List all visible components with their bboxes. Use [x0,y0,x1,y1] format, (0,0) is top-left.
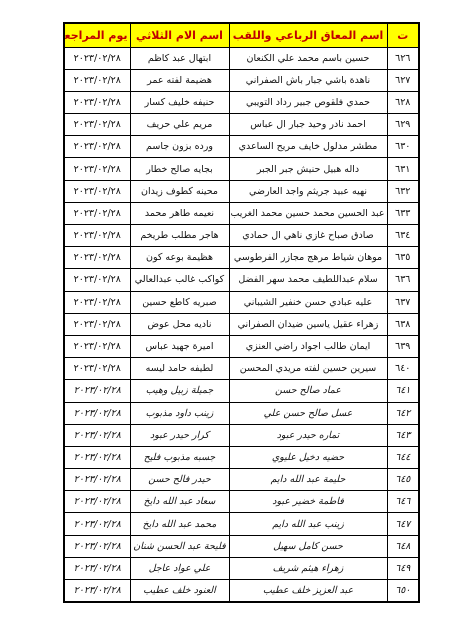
review-date: ٢٠٢٣/٠٢/٢٨ [74,230,121,241]
cell-mother-name: ابتهال عبد كاظم [130,47,229,69]
review-date: ٢٠٢٣/٠٢/٢٨ [74,274,121,285]
table-row: ٦٣٣ عبد الحسين محمد حسين محمد الغريب نعي… [64,202,419,224]
cell-serial: ٦٢٨ [387,91,419,113]
cell-review-day: ٢٠٢٣/٠٢/٢٨ [64,91,130,113]
cell-serial: ٦٣٨ [387,313,419,335]
header-serial: ت [387,23,419,47]
cell-full-name: عسل صالح حسن علي [229,402,387,424]
cell-full-name: تماره حيدر عبود [229,424,387,446]
table-row: ٦٣٨ زهراء عقيل ياسين ضيدان الصفراني نادي… [64,313,419,335]
table-row: ٦٤٤ حضيه دخيل عليوي جسبه مذبوب فليح ٢٠٢٣… [64,446,419,468]
review-date: ٢٠٢٣/٠٢/٢٨ [74,363,121,374]
document-page: ت اسم المعاق الرباعي واللقب اسم الام الث… [0,0,452,640]
cell-review-day: ٢٠٢٣/٠٢/٢٨ [64,69,130,91]
cell-review-day: ٢٠٢٣/٠٢/٢٨ [64,469,130,491]
review-date: ٢٠٢٣/٠٢/٢٨ [74,75,121,86]
cell-full-name: زهراء عقيل ياسين ضيدان الصفراني [229,313,387,335]
header-full-name: اسم المعاق الرباعي واللقب [229,23,387,47]
cell-full-name: نهيه عبيد جريثم واجد العارضي [229,180,387,202]
table-header: ت اسم المعاق الرباعي واللقب اسم الام الث… [64,23,419,47]
review-list-table: ت اسم المعاق الرباعي واللقب اسم الام الث… [63,22,420,603]
cell-review-day: ٢٠٢٣/٠٢/٢٨ [64,291,130,313]
cell-mother-name: نعيمه طاهر محمد [130,202,229,224]
table-row: ٦٤١ عماد صالح حسن جميلة زبيل وهيب ٢٠٢٣/٠… [64,380,419,402]
cell-serial: ٦٤٥ [387,469,419,491]
cell-mother-name: فليحة عبد الحسن شنان [130,535,229,557]
cell-mother-name: جميلة زبيل وهيب [130,380,229,402]
cell-review-day: ٢٠٢٣/٠٢/٢٨ [64,402,130,424]
cell-serial: ٦٤٨ [387,535,419,557]
cell-full-name: موهان شياط مرهج مجازر الفرطوسي [229,247,387,269]
cell-mother-name: حيدر فالح حسن [130,469,229,491]
table-row: ٦٢٧ ناهدة باشي جبار باش الصفراني هضيمة ل… [64,69,419,91]
cell-serial: ٦٤٤ [387,446,419,468]
cell-review-day: ٢٠٢٣/٠٢/٢٨ [64,47,130,69]
cell-review-day: ٢٠٢٣/٠٢/٢٨ [64,557,130,579]
cell-mother-name: هاجر مطلب طريخم [130,225,229,247]
cell-serial: ٦٢٩ [387,114,419,136]
cell-serial: ٦٤٩ [387,557,419,579]
cell-full-name: سلام عبداللطيف محمد سهر الفضل [229,269,387,291]
cell-serial: ٦٣٧ [387,291,419,313]
cell-serial: ٦٥٠ [387,580,419,602]
header-row: ت اسم المعاق الرباعي واللقب اسم الام الث… [64,23,419,47]
review-date: ٢٠٢٣/٠٢/٢٨ [74,341,121,352]
cell-full-name: عبد العزيز خلف عطيب [229,580,387,602]
review-date: ٢٠٢٣/٠٢/٢٨ [74,53,121,64]
table-row: ٦٣٥ موهان شياط مرهج مجازر الفرطوسي هظيمة… [64,247,419,269]
review-date: ٢٠٢٣/٠٢/٢٨ [74,496,121,507]
cell-serial: ٦٢٦ [387,47,419,69]
cell-review-day: ٢٠٢٣/٠٢/٢٨ [64,180,130,202]
cell-mother-name: محينه كطوف زيدان [130,180,229,202]
cell-full-name: حمدي فلقوص جبير رداد التويبي [229,91,387,113]
cell-full-name: احمد نادر وحيد جبار ال عباس [229,114,387,136]
cell-mother-name: علي عواد عاجل [130,557,229,579]
cell-review-day: ٢٠٢٣/٠٢/٢٨ [64,424,130,446]
table-body: ٦٢٦ حسين باسم محمد علي الكنعان ابتهال عب… [64,47,419,602]
cell-full-name: زينب عبد الله دايم [229,513,387,535]
cell-review-day: ٢٠٢٣/٠٢/٢٨ [64,225,130,247]
cell-mother-name: حنيفه خليف كسار [130,91,229,113]
cell-mother-name: جسبه مذبوب فليح [130,446,229,468]
cell-review-day: ٢٠٢٣/٠٢/٢٨ [64,313,130,335]
cell-mother-name: هضيمة لفته عمر [130,69,229,91]
cell-review-day: ٢٠٢٣/٠٢/٢٨ [64,247,130,269]
cell-review-day: ٢٠٢٣/٠٢/٢٨ [64,269,130,291]
cell-serial: ٦٤١ [387,380,419,402]
cell-review-day: ٢٠٢٣/٠٢/٢٨ [64,358,130,380]
header-mother-name: اسم الام الثلاثي [130,23,229,47]
table-row: ٦٤٥ حليمة عبد الله دايم حيدر فالح حسن ٢٠… [64,469,419,491]
review-date: ٢٠٢٣/٠٢/٢٨ [74,119,121,130]
cell-review-day: ٢٠٢٣/٠٢/٢٨ [64,158,130,180]
cell-full-name: حضيه دخيل عليوي [229,446,387,468]
table-row: ٦٤٧ زينب عبد الله دايم محمد عبد الله داي… [64,513,419,535]
cell-full-name: حسن كامل سهيل [229,535,387,557]
cell-full-name: حليمة عبد الله دايم [229,469,387,491]
review-date: ٢٠٢٣/٠٢/٢٨ [74,430,121,441]
table-row: ٦٢٦ حسين باسم محمد علي الكنعان ابتهال عب… [64,47,419,69]
review-date: ٢٠٢٣/٠٢/٢٨ [74,297,121,308]
cell-review-day: ٢٠٢٣/٠٢/٢٨ [64,202,130,224]
cell-full-name: داله هبيل حنيش جبر الجبر [229,158,387,180]
cell-mother-name: مريم علي حريف [130,114,229,136]
cell-serial: ٦٣٣ [387,202,419,224]
cell-review-day: ٢٠٢٣/٠٢/٢٨ [64,513,130,535]
table-row: ٦٣٧ عليه عبادي حسن خنفير الشيباني صبريه … [64,291,419,313]
cell-mother-name: ورده بزون جاسم [130,136,229,158]
cell-full-name: حسين باسم محمد علي الكنعان [229,47,387,69]
cell-serial: ٦٣٤ [387,225,419,247]
header-review-day: يوم المراجعة [64,23,130,47]
table-row: ٦٢٩ احمد نادر وحيد جبار ال عباس مريم علي… [64,114,419,136]
cell-serial: ٦٣٥ [387,247,419,269]
table-row: ٦٣٩ ايمان طالب اجواد راضي العنزي اميرة ج… [64,335,419,357]
table-row: ٦٤٠ سيرين حسين لفته مريدي المحسن لطيفه ح… [64,358,419,380]
review-date: ٢٠٢٣/٠٢/٢٨ [74,385,121,396]
table-row: ٦٣٦ سلام عبداللطيف محمد سهر الفضل كواكب … [64,269,419,291]
table-row: ٦٤٢ عسل صالح حسن علي زينب داود مذبوب ٢٠٢… [64,402,419,424]
cell-mother-name: صبريه كاطع حسين [130,291,229,313]
cell-full-name: عبد الحسين محمد حسين محمد الغريب [229,202,387,224]
cell-mother-name: اميرة جهيد عباس [130,335,229,357]
cell-review-day: ٢٠٢٣/٠٢/٢٨ [64,114,130,136]
table-row: ٦٣٢ نهيه عبيد جريثم واجد العارضي محينه ك… [64,180,419,202]
cell-serial: ٦٣٠ [387,136,419,158]
review-date: ٢٠٢٣/٠٢/٢٨ [74,141,121,152]
cell-full-name: صادق صباح غازي ناهي ال حمادي [229,225,387,247]
cell-mother-name: كواكب غالب عبدالعالي [130,269,229,291]
review-date: ٢٠٢٣/٠٢/٢٨ [74,585,121,596]
review-date: ٢٠٢٣/٠٢/٢٨ [74,408,121,419]
cell-full-name: ناهدة باشي جبار باش الصفراني [229,69,387,91]
review-date: ٢٠٢٣/٠٢/٢٨ [74,186,121,197]
cell-serial: ٦٣٩ [387,335,419,357]
cell-review-day: ٢٠٢٣/٠٢/٢٨ [64,491,130,513]
table-row: ٦٤٦ فاطمة خضير عبود سعاد عبد الله دايخ ٢… [64,491,419,513]
cell-serial: ٦٤٦ [387,491,419,513]
review-date: ٢٠٢٣/٠٢/٢٨ [74,164,121,175]
cell-serial: ٦٢٧ [387,69,419,91]
cell-review-day: ٢٠٢٣/٠٢/٢٨ [64,580,130,602]
table-row: ٦٤٨ حسن كامل سهيل فليحة عبد الحسن شنان ٢… [64,535,419,557]
table-row: ٦٣١ داله هبيل حنيش جبر الجبر بجايه صالح … [64,158,419,180]
cell-full-name: عماد صالح حسن [229,380,387,402]
review-date: ٢٠٢٣/٠٢/٢٨ [74,208,121,219]
table-row: ٦٥٠ عبد العزيز خلف عطيب العنود خلف عطيب … [64,580,419,602]
review-date: ٢٠٢٣/٠٢/٢٨ [74,319,121,330]
review-date: ٢٠٢٣/٠٢/٢٨ [74,474,121,485]
table-row: ٦٣٤ صادق صباح غازي ناهي ال حمادي هاجر مط… [64,225,419,247]
cell-mother-name: هظيمة بوعه كون [130,247,229,269]
cell-serial: ٦٤٧ [387,513,419,535]
cell-full-name: ايمان طالب اجواد راضي العنزي [229,335,387,357]
cell-serial: ٦٣٢ [387,180,419,202]
cell-mother-name: العنود خلف عطيب [130,580,229,602]
cell-serial: ٦٤٢ [387,402,419,424]
cell-serial: ٦٤٠ [387,358,419,380]
review-date: ٢٠٢٣/٠٢/٢٨ [74,519,121,530]
cell-full-name: مطشر مدلول خايف مريح الساعدي [229,136,387,158]
table-row: ٦٤٩ زهراء هيثم شريف علي عواد عاجل ٢٠٢٣/٠… [64,557,419,579]
cell-full-name: زهراء هيثم شريف [229,557,387,579]
cell-mother-name: كرار حيدر عبود [130,424,229,446]
cell-mother-name: زينب داود مذبوب [130,402,229,424]
review-date: ٢٠٢٣/٠٢/٢٨ [74,97,121,108]
review-date: ٢٠٢٣/٠٢/٢٨ [74,252,121,263]
cell-review-day: ٢٠٢٣/٠٢/٢٨ [64,535,130,557]
cell-mother-name: ناديه محل عوض [130,313,229,335]
cell-full-name: سيرين حسين لفته مريدي المحسن [229,358,387,380]
table-row: ٦٣٠ مطشر مدلول خايف مريح الساعدي ورده بز… [64,136,419,158]
cell-mother-name: سعاد عبد الله دايخ [130,491,229,513]
cell-mother-name: محمد عبد الله دايخ [130,513,229,535]
cell-serial: ٦٣٦ [387,269,419,291]
cell-mother-name: لطيفه حامد ليسه [130,358,229,380]
cell-review-day: ٢٠٢٣/٠٢/٢٨ [64,335,130,357]
cell-full-name: فاطمة خضير عبود [229,491,387,513]
review-date: ٢٠٢٣/٠٢/٢٨ [74,452,121,463]
cell-serial: ٦٤٣ [387,424,419,446]
cell-review-day: ٢٠٢٣/٠٢/٢٨ [64,136,130,158]
review-date: ٢٠٢٣/٠٢/٢٨ [74,563,121,574]
cell-review-day: ٢٠٢٣/٠٢/٢٨ [64,446,130,468]
review-date: ٢٠٢٣/٠٢/٢٨ [74,541,121,552]
table-row: ٦٤٣ تماره حيدر عبود كرار حيدر عبود ٢٠٢٣/… [64,424,419,446]
cell-review-day: ٢٠٢٣/٠٢/٢٨ [64,380,130,402]
cell-full-name: عليه عبادي حسن خنفير الشيباني [229,291,387,313]
cell-mother-name: بجايه صالح خطار [130,158,229,180]
table-row: ٦٢٨ حمدي فلقوص جبير رداد التويبي حنيفه خ… [64,91,419,113]
cell-serial: ٦٣١ [387,158,419,180]
